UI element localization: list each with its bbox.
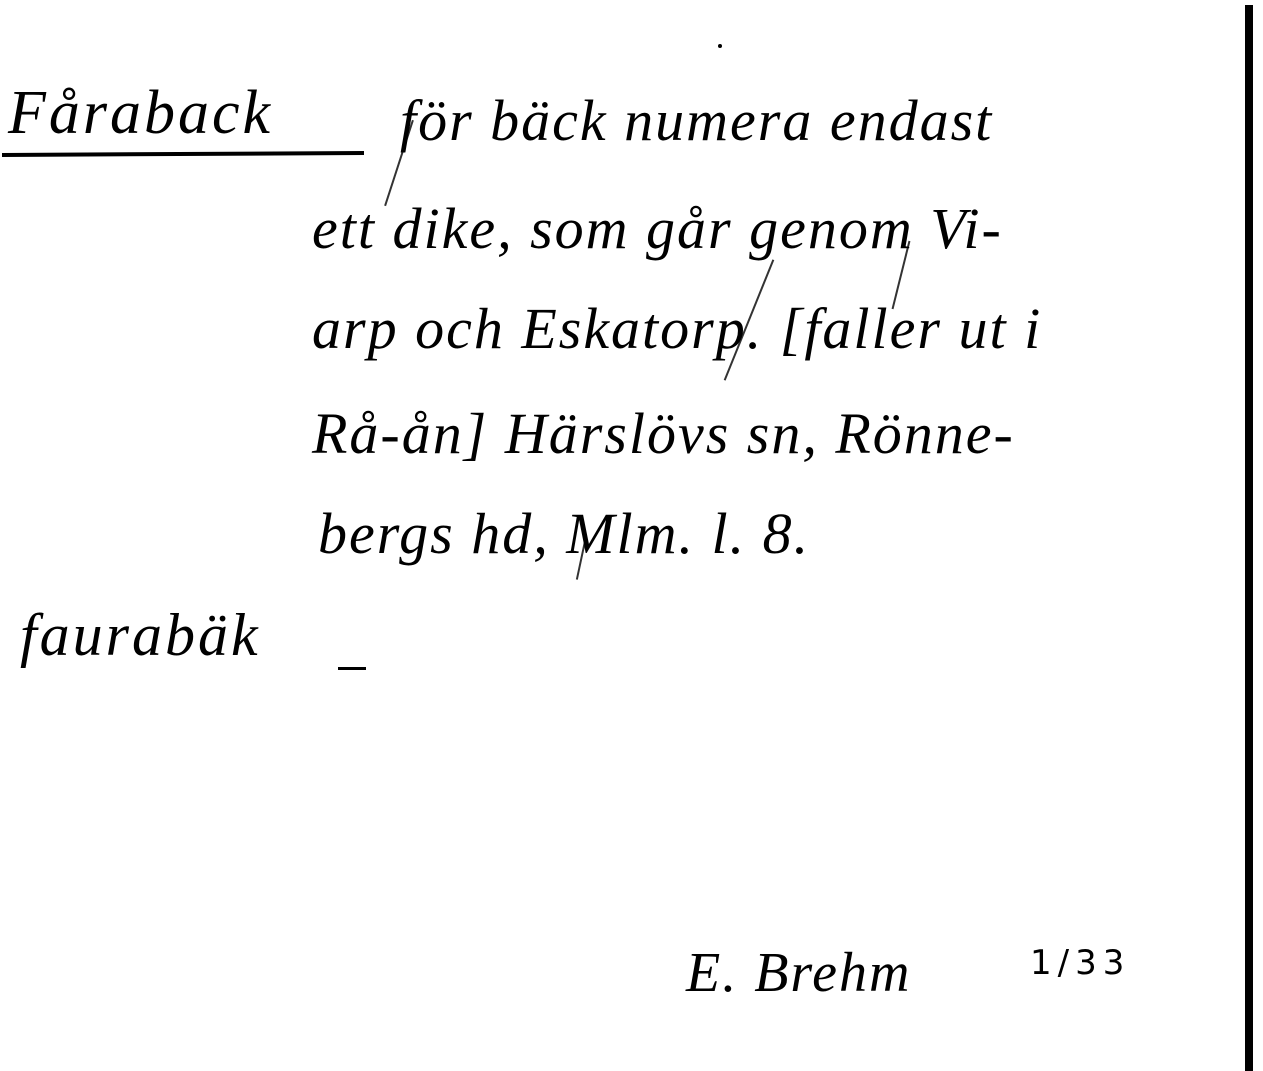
pen-stroke xyxy=(384,120,414,206)
headword: Fåraback xyxy=(8,82,273,144)
signature: E. Brehm xyxy=(686,945,911,1001)
date: 1/33 xyxy=(1030,946,1130,980)
ink-dot xyxy=(718,44,722,48)
variant-underline xyxy=(338,667,366,670)
definition-line-4: Rå-ån] Härslövs sn, Rönne- xyxy=(312,405,1015,463)
variant-form: faurabäk xyxy=(20,605,261,665)
archive-card: Fåraback för bäck numera endast ett dike… xyxy=(0,0,1263,1071)
definition-line-5: bergs hd, Mlm. l. 8. xyxy=(318,505,810,563)
definition-line-3: arp och Eskatorp. [faller ut i xyxy=(312,300,1042,358)
definition-line-2: ett dike, som går genom Vi- xyxy=(312,200,1003,258)
definition-line-1: för bäck numera endast xyxy=(400,92,993,150)
card-edge-border xyxy=(1245,5,1253,1071)
headword-underline xyxy=(2,151,364,157)
